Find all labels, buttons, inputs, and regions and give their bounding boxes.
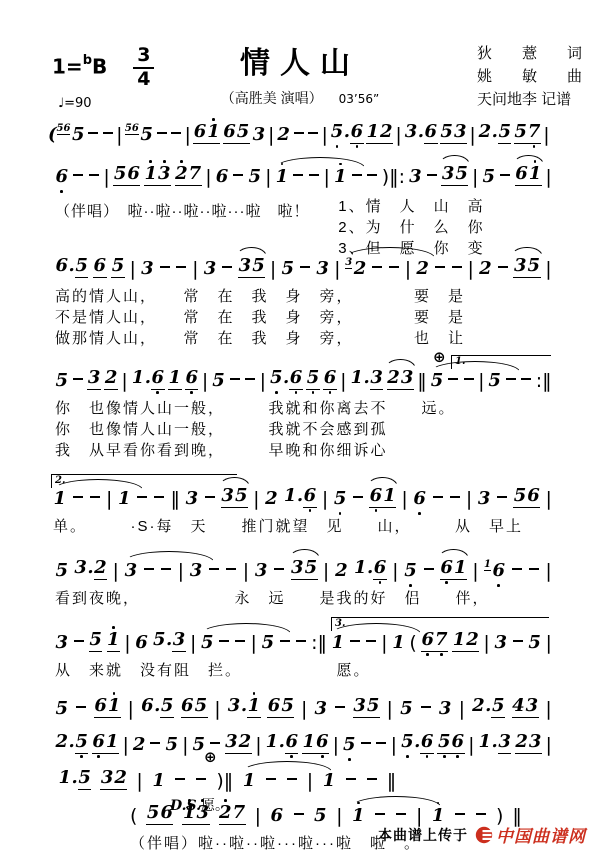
- barline: (: [130, 807, 137, 826]
- note-digit: 3: [314, 700, 328, 718]
- duration-dash: [500, 174, 510, 176]
- note-digit: 6: [289, 369, 303, 387]
- duration-dash: [233, 174, 243, 176]
- note-token: 1.3: [478, 733, 511, 754]
- duration-dash: [433, 496, 443, 498]
- note-token: [349, 634, 361, 652]
- note-digit: 6: [451, 733, 465, 751]
- note-token: 3: [409, 168, 423, 186]
- note-token: 1: [53, 490, 67, 508]
- note-token: 3: [252, 126, 266, 144]
- note-digit: 1: [107, 697, 121, 715]
- duration-dash: [157, 132, 167, 134]
- duration-dash: [367, 778, 377, 780]
- duration-dash: [497, 496, 507, 498]
- duration-dash: [137, 496, 147, 498]
- note-digit: 1: [247, 697, 261, 715]
- credit-line: 狄 薏 词: [477, 42, 582, 65]
- lyrics-line: 我 从早看你看到晚， 早晚和你细诉心: [55, 440, 552, 461]
- note-digit: 6: [92, 733, 106, 751]
- duration-dash: [219, 640, 229, 642]
- duration-dash: [103, 132, 113, 134]
- duration-dash: [245, 378, 255, 380]
- note-token: [73, 634, 85, 652]
- duration-dash: [210, 742, 220, 744]
- note-digit: 1: [265, 733, 279, 751]
- note-token: [299, 260, 311, 278]
- accompaniment-lyrics: （伴唱） 啦··啦··啦··啦···啦 啦！: [55, 200, 309, 221]
- note-token: [293, 126, 305, 144]
- note-digit: 1: [207, 123, 221, 141]
- beam-underline: 43: [512, 697, 539, 718]
- note-token: [136, 490, 148, 508]
- beam-underline: 56: [437, 733, 464, 754]
- note-digit: 1: [528, 165, 542, 183]
- barline: |: [467, 260, 473, 279]
- grace-note: 56: [125, 124, 139, 136]
- note-digit: 5: [306, 369, 320, 387]
- note-token: 5: [488, 372, 502, 390]
- music-system-10: 1.532|1)‖1|1‖⊕D.S.愿。: [58, 759, 423, 798]
- credits: 狄 薏 词姚 敏 曲天问地李 记谱: [477, 42, 582, 111]
- note-digit: 5: [212, 372, 226, 390]
- lyrics-line: 从 来就 没有阻 拦。 愿。: [55, 660, 552, 681]
- duration-dash: [73, 174, 83, 176]
- note-token: 12: [366, 123, 393, 144]
- barline: |: [545, 490, 551, 509]
- note-digit: 5: [248, 168, 262, 186]
- note-digit: 2: [387, 369, 401, 387]
- note-token: 1.5: [58, 769, 91, 790]
- note-token: 5: [281, 260, 295, 278]
- note-token: [292, 168, 304, 186]
- note-digit: 3: [252, 126, 266, 144]
- note-digit: 3: [400, 369, 414, 387]
- note-token: [244, 372, 256, 390]
- lyrics-line: 做那情人山， 常 在 我 身 旁， 也 让: [55, 328, 552, 349]
- note-token: 565: [125, 124, 153, 144]
- note-token: 6: [413, 490, 427, 508]
- note-token: [334, 700, 346, 718]
- note-digit: 5: [165, 736, 179, 754]
- barline: |: [190, 634, 196, 653]
- duration-dash: [294, 132, 304, 134]
- lyrics-line: 你 也像情人山一般， 我就不会感到孤: [55, 419, 552, 440]
- note-digit: 7: [527, 123, 541, 141]
- note-token: 61: [92, 733, 119, 754]
- beam-underline: 65: [267, 697, 294, 718]
- note-token: 3: [477, 490, 491, 508]
- note-digit: 5: [400, 700, 414, 718]
- note-digit: 6: [440, 559, 454, 577]
- beam-underline: 32: [225, 733, 252, 754]
- note-token: 3: [124, 562, 138, 580]
- duration-dash: [266, 778, 276, 780]
- note-token: [360, 736, 372, 754]
- note-token: 56: [437, 733, 464, 754]
- upload-note: 本曲谱上传于: [378, 825, 468, 845]
- note-digit: 2: [478, 123, 492, 141]
- note-digit: 2: [416, 260, 430, 278]
- beam-underline: 2: [94, 559, 108, 580]
- note-token: [195, 772, 207, 790]
- note-token: [365, 634, 377, 652]
- note-digit: 2: [515, 733, 529, 751]
- beam-underline: 5: [491, 697, 505, 718]
- note-digit: 5: [440, 123, 454, 141]
- note-token: [72, 168, 84, 186]
- note-digit: 3: [291, 559, 305, 577]
- duration-dash: [455, 813, 465, 815]
- note-token: [295, 634, 307, 652]
- note-token: 12: [452, 631, 479, 652]
- note-digit: 2: [277, 126, 291, 144]
- note-token: [273, 562, 285, 580]
- note-digit: 3: [203, 260, 217, 278]
- note-token: [499, 168, 511, 186]
- beam-underline: 3: [172, 631, 186, 652]
- note-token: [153, 490, 165, 508]
- barline: |: [545, 168, 551, 187]
- note-digit: 5: [437, 733, 451, 751]
- note-token: 6: [185, 369, 199, 390]
- note-token: 3: [189, 562, 203, 580]
- lyrics-line: 看到夜晚， 永 远 是我的好 侣 伴，: [55, 588, 552, 609]
- beam-underline: 56: [113, 165, 140, 186]
- barline: |: [401, 490, 407, 509]
- note-digit: 5: [113, 165, 127, 183]
- note-digit: 5: [201, 634, 215, 652]
- note-token: 23: [387, 369, 414, 390]
- note-digit: 2: [219, 804, 233, 822]
- note-digit: 3: [438, 700, 452, 718]
- site-name: 中国曲谱网: [496, 822, 586, 847]
- note-token: [528, 562, 540, 580]
- note-digit: 3: [196, 804, 210, 822]
- note-token: 5.6: [269, 369, 302, 390]
- note-digit: 5: [488, 372, 502, 390]
- note-token: 65: [181, 697, 208, 718]
- barline: |: [112, 562, 118, 581]
- note-token: 13: [182, 804, 209, 825]
- note-digit: 1: [131, 369, 145, 387]
- music-system-8: 561|6.565|3.165|335|53|2.543|: [55, 687, 552, 726]
- note-token: 6: [215, 168, 229, 186]
- note-token: 6: [270, 807, 284, 825]
- note-token: 5: [306, 369, 320, 390]
- note-digit: 6: [350, 123, 364, 141]
- note-digit: 5: [343, 736, 357, 754]
- music-system-4: 532|1.616|5|5.656|1.323‖5|5:‖1.⊕你 也像情人山一…: [55, 359, 552, 461]
- note-digit: 1: [453, 559, 467, 577]
- note-token: 56: [113, 165, 140, 186]
- note-digit: 3: [158, 165, 172, 183]
- note-digit: 6: [127, 165, 141, 183]
- beam-underline: 61: [193, 123, 220, 144]
- note-digit: 6: [55, 257, 69, 275]
- music-system-1: (565|565|61653|2|5.612|3.653|2.557|: [48, 113, 550, 152]
- note-digit: 6: [193, 123, 207, 141]
- note-token: 5.6: [330, 123, 363, 144]
- barline: |: [178, 562, 184, 581]
- note-digit: 5: [261, 634, 275, 652]
- note-digit: 5: [89, 631, 103, 649]
- footer: 本曲谱上传于 中国曲谱网: [378, 822, 586, 847]
- note-token: 6.5: [141, 697, 174, 718]
- note-token: 5: [343, 736, 357, 754]
- note-digit: 1: [331, 634, 345, 652]
- note-digit: 5: [527, 257, 541, 275]
- duration-dash: [421, 706, 431, 708]
- note-digit: 3: [525, 697, 539, 715]
- note-token: 1.6: [131, 369, 164, 390]
- note-digit: 1: [53, 490, 67, 508]
- note-digit: 6: [303, 487, 317, 505]
- note-token: [159, 260, 171, 278]
- note-digit: 6: [185, 369, 199, 387]
- note-token: 1: [107, 631, 121, 652]
- duration-dash: [427, 174, 437, 176]
- note-digit: 6: [373, 559, 387, 577]
- note-token: 5: [201, 634, 215, 652]
- music-system-7: 351|65.3|5|5:‖1|1(6712|35|3.从 来就 没有阻 拦。 …: [55, 621, 552, 681]
- barline: ‖: [170, 490, 180, 509]
- note-digit: 6: [160, 804, 174, 822]
- duration-dash: [512, 568, 522, 570]
- note-digit: 1: [275, 168, 289, 186]
- barline: )‖: [216, 772, 233, 791]
- note-token: [293, 807, 305, 825]
- duration-dash: [196, 778, 206, 780]
- barline: |: [124, 634, 130, 653]
- beam-underline: 35: [441, 165, 468, 186]
- duration-dash: [366, 640, 376, 642]
- barline: |: [202, 372, 208, 391]
- barline: |: [268, 126, 274, 145]
- note-digit: 5: [252, 257, 266, 275]
- note-token: [218, 634, 230, 652]
- note-token: 1: [331, 634, 345, 652]
- barline: |: [321, 126, 327, 145]
- note-digit: 5: [514, 123, 528, 141]
- barline: |: [340, 372, 346, 391]
- note-digit: 3: [477, 490, 491, 508]
- note-digit: 5: [111, 257, 125, 275]
- note-token: 5: [261, 634, 275, 652]
- note-token: 2: [277, 126, 291, 144]
- duration-dash: [73, 496, 83, 498]
- note-digit: 5: [491, 697, 505, 715]
- note-token: [420, 700, 432, 718]
- note-token: 1: [242, 772, 256, 790]
- beam-underline: 61: [369, 487, 396, 508]
- duration-dash: [450, 496, 460, 498]
- music-system-3: 6.565|3|335|53|32|2|235|高的情人山， 常 在 我 身 旁…: [55, 247, 552, 349]
- duration-dash: [435, 266, 445, 268]
- note-token: 6: [323, 369, 337, 390]
- beam-underline: 12: [366, 123, 393, 144]
- note-digit: 3: [453, 123, 467, 141]
- note-digit: 6: [369, 487, 383, 505]
- note-token: 57: [514, 123, 541, 144]
- note-digit: 1: [242, 772, 256, 790]
- notation-line: 532|1.616|5|5.656|1.323‖5|5:‖: [55, 359, 552, 398]
- coda-sign-icon: ⊕: [204, 748, 217, 766]
- note-digit: 5: [528, 634, 542, 652]
- note-token: 2: [104, 369, 118, 390]
- note-digit: 6: [421, 631, 435, 649]
- note-token: [234, 634, 246, 652]
- note-token: 5: [55, 372, 69, 390]
- barline: |: [122, 736, 128, 755]
- barline: |: [545, 736, 551, 755]
- barline: |: [260, 372, 266, 391]
- note-digit: 6: [215, 168, 229, 186]
- note-token: 5: [165, 736, 179, 754]
- note-digit: 3: [353, 697, 367, 715]
- note-token: 3: [55, 634, 69, 652]
- note-digit: 5: [234, 487, 248, 505]
- duration-dash: [367, 174, 377, 176]
- note-token: [463, 372, 475, 390]
- note-token: 3: [314, 700, 328, 718]
- note-digit: 2: [265, 490, 279, 508]
- note-token: 5: [404, 562, 418, 580]
- note-digit: 6: [323, 369, 337, 387]
- note-token: 3: [494, 634, 508, 652]
- note-token: [366, 168, 378, 186]
- duration-dash: [287, 778, 297, 780]
- duration-dash: [521, 378, 531, 380]
- note-token: 2.5: [478, 123, 511, 144]
- note-digit: 6: [285, 733, 299, 751]
- note-token: [520, 372, 532, 390]
- note-token: [265, 772, 277, 790]
- beam-underline: 35: [238, 257, 265, 278]
- barline: |: [468, 736, 474, 755]
- duration-dash: [352, 174, 362, 176]
- note-digit: 3: [100, 769, 114, 787]
- note-digit: 2: [353, 260, 367, 278]
- notation-line: 53.2|3|3|335|21.6|561|16|: [55, 549, 552, 588]
- beam-underline: 6: [289, 369, 303, 390]
- lyrics-line: 你 也像情人山一般， 我就和你离去不 远。: [55, 398, 552, 419]
- barline: |: [243, 562, 249, 581]
- note-token: 5: [333, 490, 347, 508]
- barline: |: [116, 126, 122, 145]
- note-token: 5.6: [401, 733, 434, 754]
- barline: |: [334, 260, 340, 279]
- note-digit: 5: [498, 123, 512, 141]
- note-digit: 5: [146, 804, 160, 822]
- grace-digits: 56: [125, 124, 139, 136]
- verse-line: 1、情 人 山 高: [338, 196, 484, 217]
- note-digit: 5: [75, 733, 89, 751]
- note-token: [221, 260, 233, 278]
- note-digit: 1: [118, 490, 132, 508]
- note-digit: 1: [452, 631, 466, 649]
- note-digit: 3: [316, 260, 330, 278]
- note-digit: 6: [424, 123, 438, 141]
- note-token: 2: [416, 260, 430, 278]
- beam-underline: 1: [107, 631, 121, 652]
- note-token: [345, 772, 357, 790]
- sheet-music-page: 1=bB34 ♩=90 情人山 （高胜美 演唱）03’56” 狄 薏 词姚 敏 …: [0, 0, 600, 850]
- barline: |: [323, 562, 329, 581]
- barline: |: [265, 168, 271, 187]
- note-token: [352, 490, 364, 508]
- barline: |: [469, 126, 475, 145]
- note-token: 5: [212, 372, 226, 390]
- note-digit: 6: [181, 697, 195, 715]
- note-token: 61: [440, 559, 467, 580]
- beam-underline: 27: [219, 804, 246, 825]
- note-digit: 3: [87, 369, 101, 387]
- note-token: 61: [515, 165, 542, 186]
- note-digit: 3: [370, 369, 384, 387]
- note-digit: 7: [435, 631, 449, 649]
- duration-dash: [205, 496, 215, 498]
- note-digit: 5: [269, 369, 283, 387]
- note-digit: 1: [283, 487, 297, 505]
- note-token: 53: [440, 123, 467, 144]
- barline: |: [136, 772, 142, 791]
- note-token: [89, 490, 101, 508]
- beam-underline: 5: [78, 769, 92, 790]
- note-token: 32: [225, 733, 252, 754]
- barline: |: [336, 807, 342, 826]
- note-token: 61: [193, 123, 220, 144]
- note-digit: 5: [194, 697, 208, 715]
- note-digit: 3: [238, 257, 252, 275]
- note-digit: 6: [267, 697, 281, 715]
- duration-dash: [161, 568, 171, 570]
- duration-dash: [350, 640, 360, 642]
- beam-underline: 65: [181, 697, 208, 718]
- duration-dash: [230, 378, 240, 380]
- barline: |: [255, 736, 261, 755]
- note-token: [434, 260, 446, 278]
- note-digit: 6: [270, 807, 284, 825]
- barline: |: [121, 372, 127, 391]
- note-digit: 1: [351, 807, 365, 825]
- note-digit: 6: [515, 165, 529, 183]
- note-token: 35: [238, 257, 265, 278]
- note-digit: 3: [225, 733, 239, 751]
- note-digit: 1: [107, 631, 121, 649]
- note-token: 2: [132, 736, 146, 754]
- beam-underline: 6: [151, 369, 165, 390]
- open-paren: (: [48, 126, 57, 144]
- barline: |: [205, 168, 211, 187]
- beam-underline: 3: [87, 369, 101, 390]
- beam-underline: 27: [175, 165, 202, 186]
- duration-dash: [90, 496, 100, 498]
- notation-line: (565|565|61653|2|5.612|3.653|2.557|: [48, 113, 550, 152]
- credit-line: 天问地李 记谱: [477, 88, 582, 111]
- beam-underline: 5: [75, 257, 89, 278]
- note-token: 56: [513, 487, 540, 508]
- duration-dash: [396, 813, 406, 815]
- note-digit: 3: [528, 733, 542, 751]
- note-digit: 5: [404, 562, 418, 580]
- note-digit: 3: [185, 490, 199, 508]
- note-token: [204, 490, 216, 508]
- note-digit: 1: [353, 559, 367, 577]
- lyrics-line: 高的情人山， 常 在 我 身 旁， 要 是: [55, 286, 552, 307]
- barline: |: [472, 168, 478, 187]
- note-token: [512, 634, 524, 652]
